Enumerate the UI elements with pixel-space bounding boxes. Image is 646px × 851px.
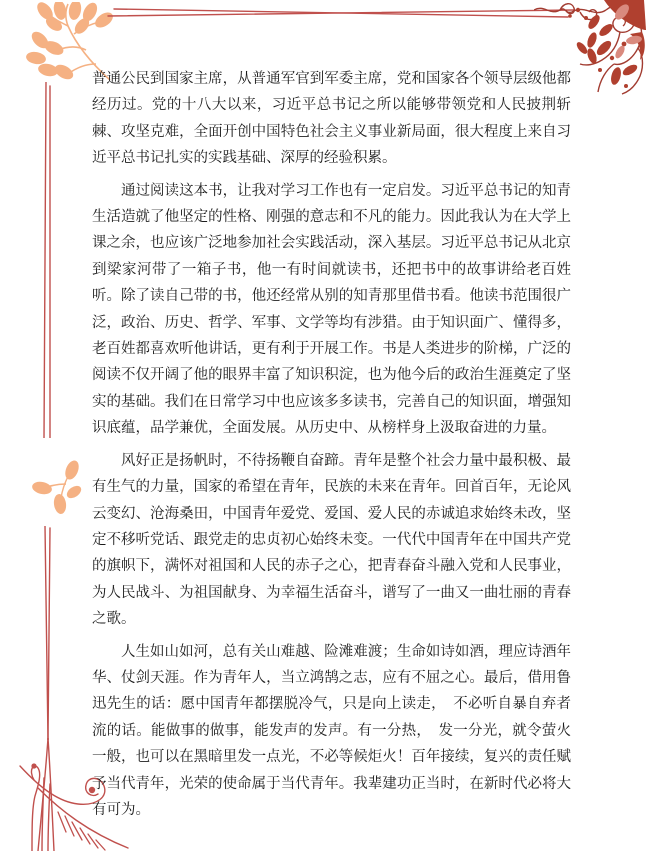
document-page: 普通公民到国家主席，从普通军官到军委主席，党和国家各个领导层级他都经历过。党的十…: [0, 0, 646, 851]
left-border-leaf-ornament: [30, 458, 86, 518]
paragraph: 人生如山如河，总有关山难越、险滩难渡；生命如诗如酒，理应诗酒年华、仗剑天涯。作为…: [92, 639, 571, 824]
paragraph: 风好正是扬帆时，不待扬鞭自奋蹄。青年是整个社会力量中最积极、最有生气的力量，国家…: [92, 448, 571, 633]
paragraph: 普通公民到国家主席，从普通军官到军委主席，党和国家各个领导层级他都经历过。党的十…: [92, 66, 571, 172]
left-border-upper-lines: [40, 82, 56, 438]
top-border-lines: [106, 4, 576, 24]
paragraph: 通过阅读这本书，让我对学习工作也有一定启发。习近平总书记的知青生活造就了他坚定的…: [92, 178, 571, 442]
left-border-lower-lines: [40, 526, 56, 740]
document-body: 普通公民到国家主席，从普通军官到军委主席，党和国家各个领导层级他都经历过。党的十…: [92, 66, 571, 829]
